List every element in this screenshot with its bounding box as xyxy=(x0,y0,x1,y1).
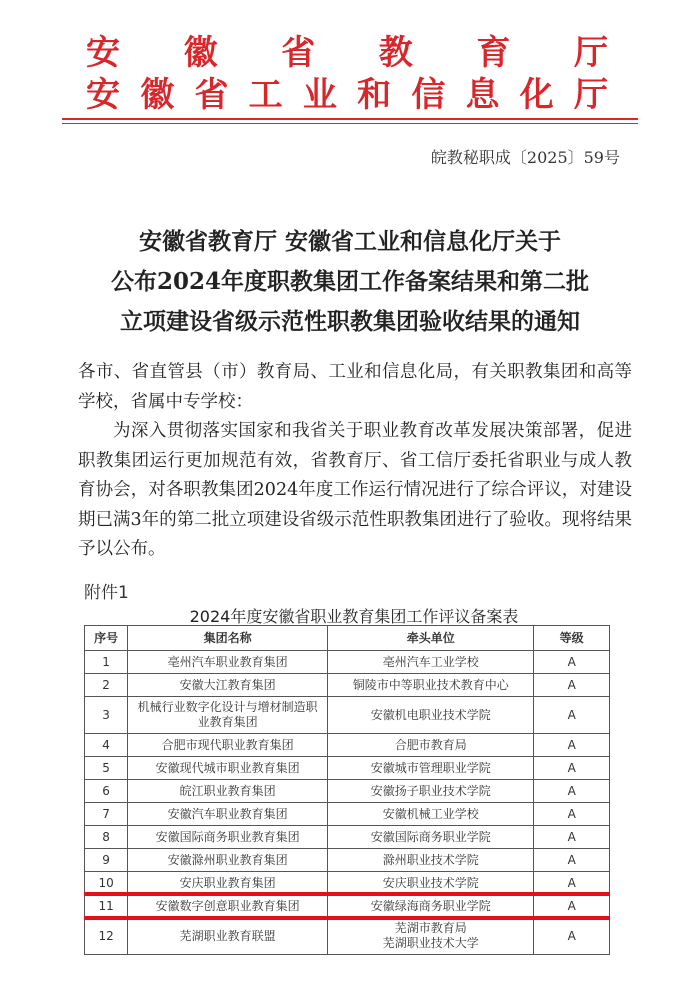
cell-grade: A xyxy=(534,734,610,757)
cell-grade: A xyxy=(534,918,610,955)
table-row: 12芜湖职业教育联盟芜湖市教育局 芜湖职业技术大学A xyxy=(85,918,610,955)
title-line-2: 公布2024年度职教集团工作备案结果和第二批 xyxy=(60,262,640,302)
cell-group: 安徽大江教育集团 xyxy=(128,674,328,697)
title-line-3: 立项建设省级示范性职教集团验收结果的通知 xyxy=(60,302,640,342)
letterhead-rule-thick xyxy=(62,118,638,120)
cell-lead: 安徽绿海商务职业学院 xyxy=(328,895,534,918)
highlight-line-bottom xyxy=(84,916,610,920)
cell-grade: A xyxy=(534,826,610,849)
document-body: 各市、省直管县（市）教育局、工业和信息化局，有关职教集团和高等学校，省属中专学校… xyxy=(78,358,632,565)
cell-group: 安徽数字创意职业教育集团 xyxy=(128,895,328,918)
cell-no: 1 xyxy=(85,651,128,674)
header-lead: 牵头单位 xyxy=(328,626,534,651)
cell-no: 6 xyxy=(85,780,128,803)
cell-group: 安徽国际商务职业教育集团 xyxy=(128,826,328,849)
cell-grade: A xyxy=(534,697,610,734)
letterhead-rule-thin xyxy=(62,123,638,124)
cell-no: 4 xyxy=(85,734,128,757)
cell-grade: A xyxy=(534,849,610,872)
cell-lead: 滁州职业技术学院 xyxy=(328,849,534,872)
cell-grade: A xyxy=(534,780,610,803)
table-title: 2024年度安徽省职业教育集团工作评议备案表 xyxy=(84,604,624,627)
cell-grade: A xyxy=(534,757,610,780)
table-row: 4合肥市现代职业教育集团合肥市教育局A xyxy=(85,734,610,757)
cell-lead: 安徽机电职业技术学院 xyxy=(328,697,534,734)
cell-no: 8 xyxy=(85,826,128,849)
cell-group: 皖江职业教育集团 xyxy=(128,780,328,803)
cell-group: 安徽现代城市职业教育集团 xyxy=(128,757,328,780)
cell-no: 7 xyxy=(85,803,128,826)
document-number: 皖教秘职成〔2025〕59号 xyxy=(431,145,620,168)
letterhead-line-2: 安徽省工业和信息化厅 xyxy=(86,75,608,115)
table-row: 9安徽滁州职业教育集团滁州职业技术学院A xyxy=(85,849,610,872)
table-header-row: 序号 集团名称 牵头单位 等级 xyxy=(85,626,610,651)
cell-no: 3 xyxy=(85,697,128,734)
header-group: 集团名称 xyxy=(128,626,328,651)
cell-grade: A xyxy=(534,674,610,697)
header-grade: 等级 xyxy=(534,626,610,651)
cell-no: 9 xyxy=(85,849,128,872)
letterhead-line-1: 安 徽 省 教 育 厅 xyxy=(86,33,608,73)
header-no: 序号 xyxy=(85,626,128,651)
table-row: 6皖江职业教育集团安徽扬子职业技术学院A xyxy=(85,780,610,803)
table-row: 3机械行业数字化设计与增材制造职业教育集团安徽机电职业技术学院A xyxy=(85,697,610,734)
cell-no: 5 xyxy=(85,757,128,780)
cell-group: 亳州汽车职业教育集团 xyxy=(128,651,328,674)
document-title: 安徽省教育厅 安徽省工业和信息化厅关于 公布2024年度职教集团工作备案结果和第… xyxy=(60,222,640,342)
attachment-label: 附件1 xyxy=(84,578,129,603)
body-paragraph: 为深入贯彻落实国家和我省关于职业教育改革发展决策部署，促进职教集团运行更加规范有… xyxy=(78,417,632,565)
cell-lead: 铜陵市中等职业技术教育中心 xyxy=(328,674,534,697)
cell-grade: A xyxy=(534,895,610,918)
cell-lead: 安徽城市管理职业学院 xyxy=(328,757,534,780)
table-row: 5安徽现代城市职业教育集团安徽城市管理职业学院A xyxy=(85,757,610,780)
cell-group: 合肥市现代职业教育集团 xyxy=(128,734,328,757)
cell-group: 安徽汽车职业教育集团 xyxy=(128,803,328,826)
cell-group: 机械行业数字化设计与增材制造职业教育集团 xyxy=(128,697,328,734)
cell-lead: 芜湖市教育局 芜湖职业技术大学 xyxy=(328,918,534,955)
table-row: 7安徽汽车职业教育集团安徽机械工业学校A xyxy=(85,803,610,826)
table-row: 1亳州汽车职业教育集团亳州汽车工业学校A xyxy=(85,651,610,674)
addressee: 各市、省直管县（市）教育局、工业和信息化局，有关职教集团和高等学校，省属中专学校… xyxy=(78,358,632,417)
filing-table: 序号 集团名称 牵头单位 等级 1亳州汽车职业教育集团亳州汽车工业学校A2安徽大… xyxy=(84,625,610,955)
cell-lead: 合肥市教育局 xyxy=(328,734,534,757)
highlight-line-top xyxy=(84,892,610,896)
cell-group: 安徽滁州职业教育集团 xyxy=(128,849,328,872)
cell-lead: 安徽国际商务职业学院 xyxy=(328,826,534,849)
cell-no: 11 xyxy=(85,895,128,918)
table-row: 8安徽国际商务职业教育集团安徽国际商务职业学院A xyxy=(85,826,610,849)
cell-lead: 亳州汽车工业学校 xyxy=(328,651,534,674)
title-line-1: 安徽省教育厅 安徽省工业和信息化厅关于 xyxy=(60,222,640,262)
cell-group: 芜湖职业教育联盟 xyxy=(128,918,328,955)
cell-grade: A xyxy=(534,651,610,674)
cell-lead: 安徽扬子职业技术学院 xyxy=(328,780,534,803)
cell-no: 12 xyxy=(85,918,128,955)
table-row: 11安徽数字创意职业教育集团安徽绿海商务职业学院A xyxy=(85,895,610,918)
cell-no: 2 xyxy=(85,674,128,697)
cell-grade: A xyxy=(534,803,610,826)
cell-lead: 安徽机械工业学校 xyxy=(328,803,534,826)
table-row: 2安徽大江教育集团铜陵市中等职业技术教育中心A xyxy=(85,674,610,697)
